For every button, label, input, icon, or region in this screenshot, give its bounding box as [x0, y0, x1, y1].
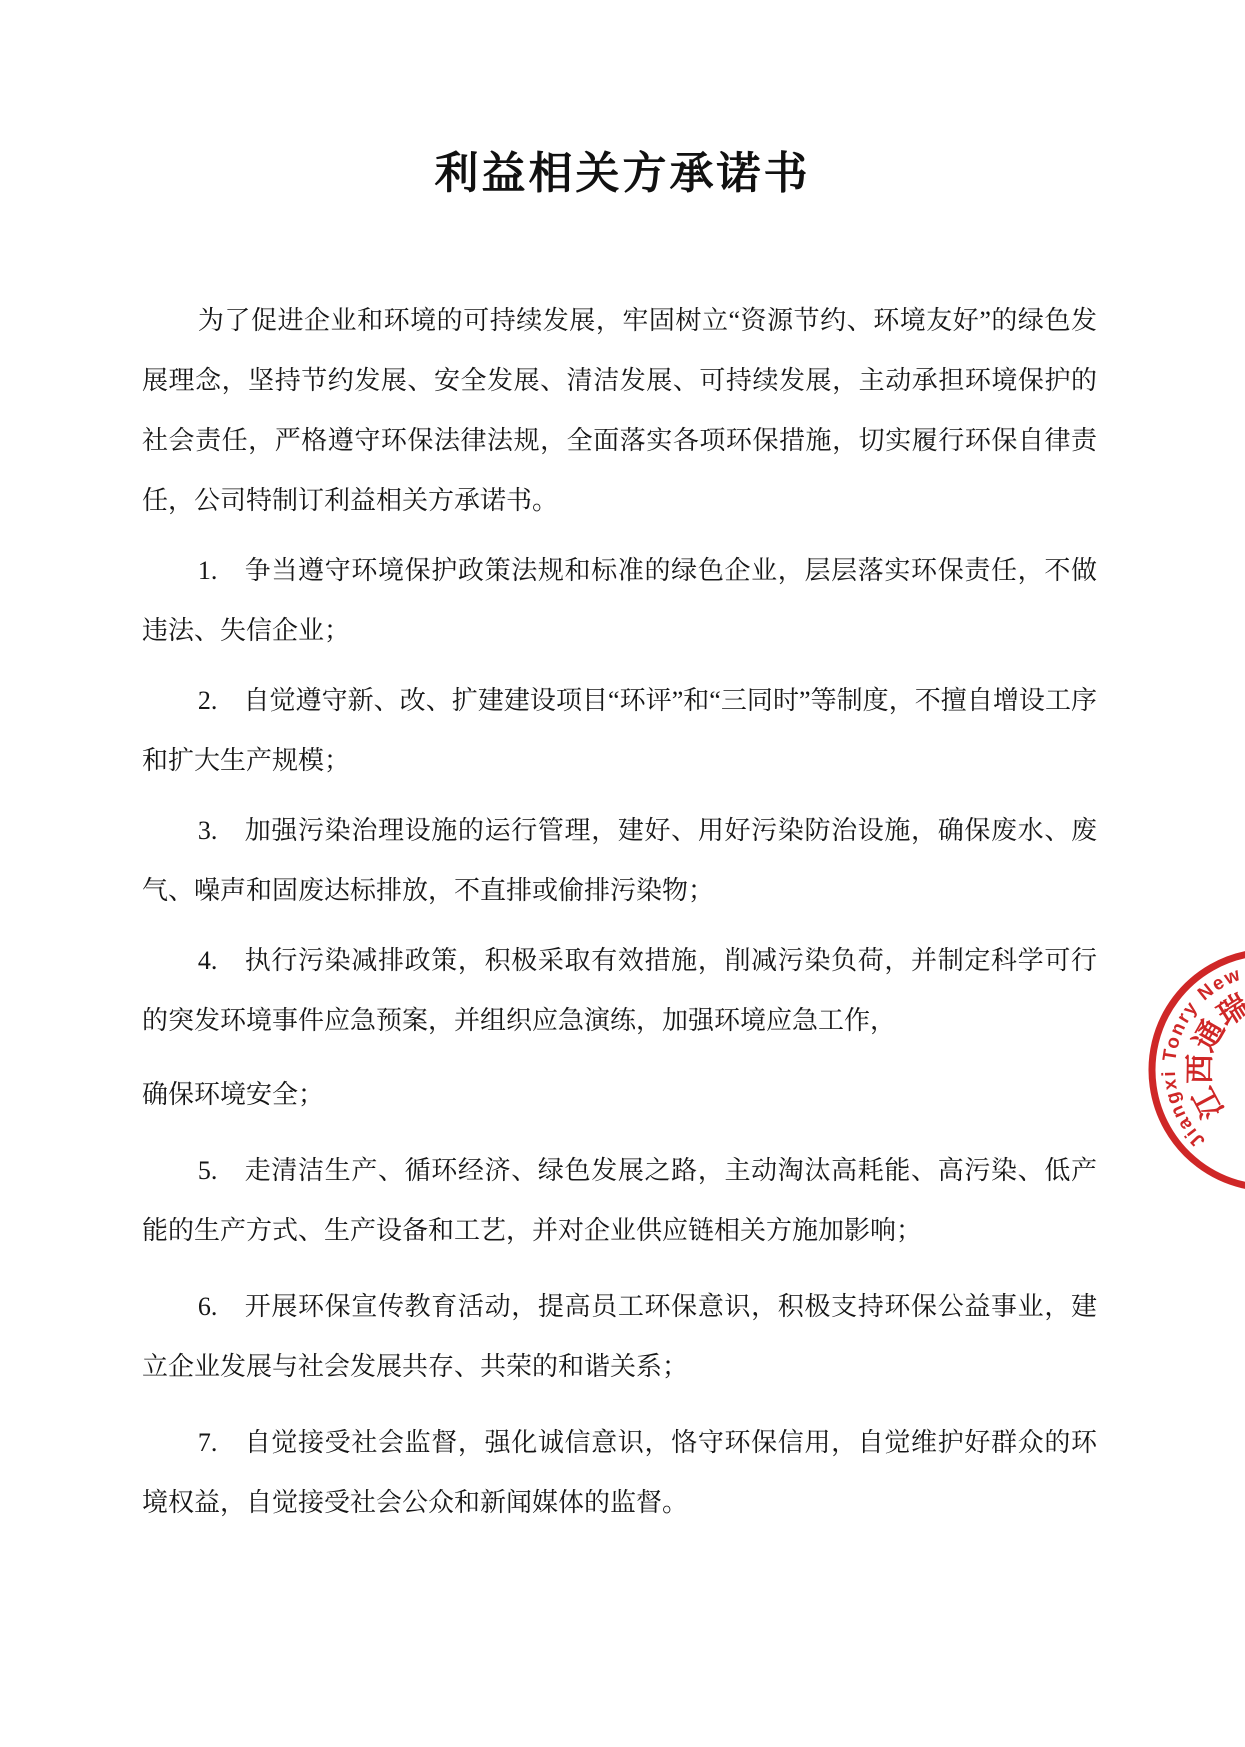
list-item-3: 3. 加强污染治理设施的运行管理，建好、用好污染防治设施，确保废水、废气、噪声和…: [142, 801, 1097, 921]
company-seal-stamp: Jiangxi Tonry New Energy Technol 江西通瑞新能源…: [1078, 878, 1245, 1262]
list-item-2: 2. 自觉遵守新、改、扩建建设项目“环评”和“三同时”等制度，不擅自增设工序和扩…: [142, 671, 1097, 791]
document-body: 为了促进企业和环境的可持续发展，牢固树立“资源节约、环境友好”的绿色发展理念，坚…: [142, 291, 1097, 1533]
list-item-5: 5. 走清洁生产、循环经济、绿色发展之路，主动淘汰高耗能、高污染、低产能的生产方…: [142, 1141, 1097, 1261]
list-item-6: 6. 开展环保宣传教育活动，提高员工环保意识，积极支持环保公益事业，建立企业发展…: [142, 1277, 1097, 1397]
paragraph-intro: 为了促进企业和环境的可持续发展，牢固树立“资源节约、环境友好”的绿色发展理念，坚…: [142, 291, 1097, 531]
list-item-4-continuation: 确保环境安全；: [142, 1065, 1097, 1125]
document-title: 利益相关方承诺书: [0, 0, 1245, 206]
list-item-7: 7. 自觉接受社会监督，强化诚信意识，恪守环保信用，自觉维护好群众的环境权益，自…: [142, 1413, 1097, 1533]
list-item-1: 1. 争当遵守环境保护政策法规和标准的绿色企业，层层落实环保责任，不做违法、失信…: [142, 541, 1097, 661]
document-page: 利益相关方承诺书 为了促进企业和环境的可持续发展，牢固树立“资源节约、环境友好”…: [0, 0, 1245, 1747]
list-item-4: 4. 执行污染减排政策，积极采取有效措施，削减污染负荷，并制定科学可行的突发环境…: [142, 931, 1097, 1051]
